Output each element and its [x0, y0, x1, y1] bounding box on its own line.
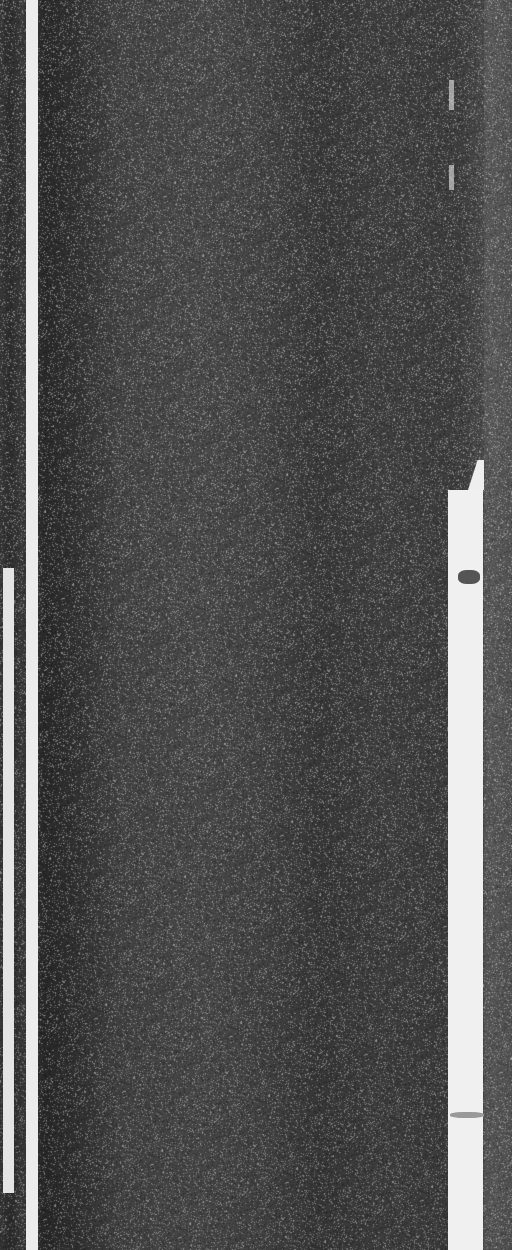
- right-wide-lane-line: [448, 490, 483, 1250]
- road-edge-strip: [484, 0, 512, 1250]
- faint-marking: [449, 80, 454, 110]
- left-short-lane-line: [3, 568, 14, 1193]
- left-solid-lane-line: [26, 0, 38, 1250]
- shading: [0, 600, 512, 1250]
- surface-stain: [450, 1112, 484, 1118]
- road-surface-image: [0, 0, 512, 1250]
- surface-stain: [458, 570, 480, 584]
- faint-marking: [449, 165, 454, 190]
